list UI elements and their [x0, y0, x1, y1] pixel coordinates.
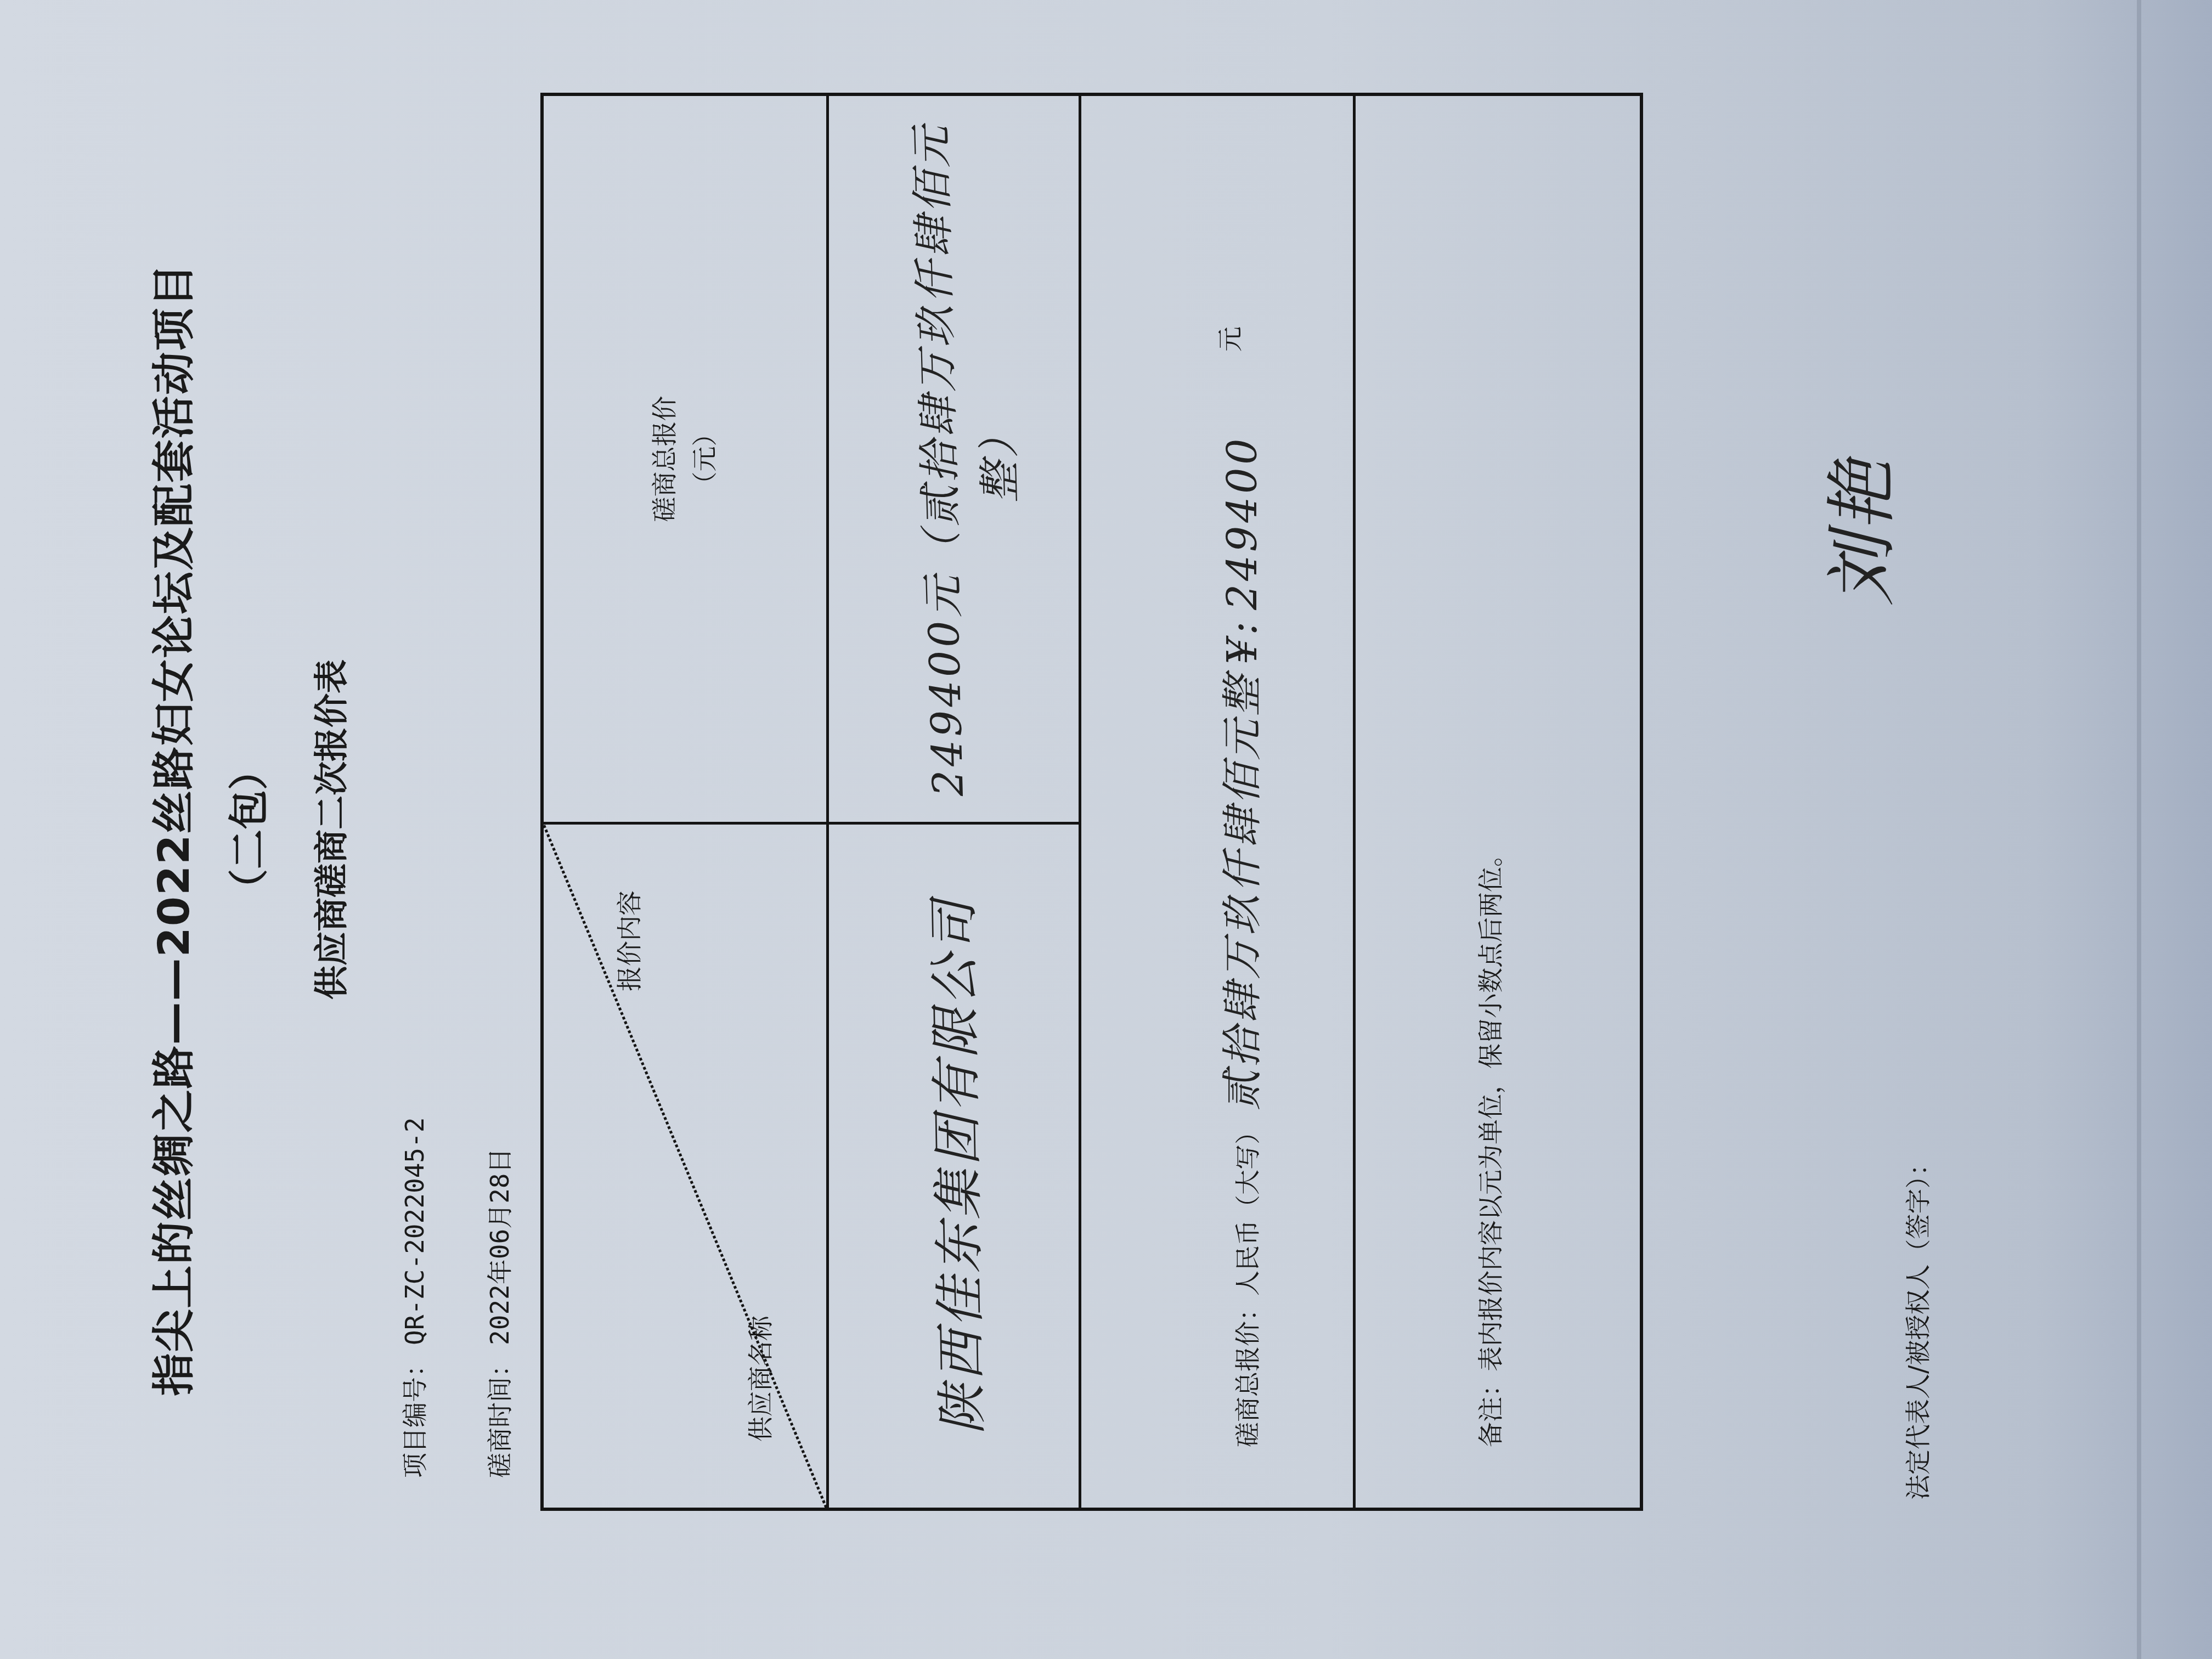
remark-line: 备注：表内报价内容以元为单位，保留小数点后两位。 — [1471, 842, 1507, 1447]
supplier-name-cell: 陕西佳东集团有限公司 — [829, 822, 1079, 1508]
remark-text: 表内报价内容以元为单位，保留小数点后两位。 — [1476, 842, 1505, 1372]
total-price-row: 磋商总报价：人民币（大写） 贰拾肆万玖仟肆佰元整 ¥: 249400 元 — [1081, 96, 1356, 1508]
price-handwritten: 249400元（贰拾肆万玖仟肆佰元整） — [897, 116, 1034, 801]
remark-label: 备注： — [1476, 1372, 1505, 1447]
header-total-price-cell: 磋商总报价 （元） — [544, 96, 826, 822]
signature-handwritten: 刘艳 — [1805, 456, 1908, 606]
header-total-price-label: 磋商总报价 — [645, 96, 685, 822]
total-amount-number: 249400 — [1219, 436, 1266, 611]
header-quote-content: 报价内容 — [610, 890, 646, 991]
document-title: 指尖上的丝绸之路——2022丝路妇女论坛及配套活动项目 — [140, 0, 201, 1659]
header-total-price-unit: （元） — [685, 96, 726, 822]
total-amount-unit: 元 — [1210, 326, 1246, 352]
remark-row: 备注：表内报价内容以元为单位，保留小数点后两位。 — [1356, 96, 1641, 1508]
quotation-document-page: 指尖上的丝绸之路——2022丝路妇女论坛及配套活动项目 （二包） 供应商磋商二次… — [0, 0, 2212, 1659]
total-price-label: 磋商总报价：人民币（大写） — [1233, 1119, 1262, 1447]
negotiation-date-line: 磋商时间：2022年06月28日 — [480, 1148, 516, 1478]
diagonal-divider-line — [544, 825, 826, 1508]
document-subtitle: 供应商磋商二次报价表 — [304, 0, 353, 1659]
project-number-value: QR-ZC-2022045-2 — [400, 1118, 430, 1345]
total-price-line: 磋商总报价：人民币（大写） 贰拾肆万玖仟肆佰元整 ¥: 249400 — [1210, 436, 1268, 1447]
table-header-row: 报价内容 供应商名称 磋商总报价 （元） — [544, 96, 829, 1508]
project-number-label: 项目编号： — [395, 1352, 431, 1478]
total-amount-symbol: ¥: — [1219, 618, 1266, 664]
document-title-package: （二包） — [217, 0, 274, 1659]
quotation-table: 报价内容 供应商名称 磋商总报价 （元） 陕西佳东集团有限公司 249400元（… — [540, 93, 1643, 1511]
paper-edge-shadow — [2137, 0, 2141, 1659]
negotiation-date-label: 磋商时间： — [480, 1352, 516, 1478]
table-row: 陕西佳东集团有限公司 249400元（贰拾肆万玖仟肆佰元整） — [829, 96, 1081, 1508]
total-amount-words-handwritten: 贰拾肆万玖仟肆佰元整 — [1219, 672, 1266, 1111]
diagonal-header-cell: 报价内容 供应商名称 — [544, 822, 826, 1508]
header-supplier-name: 供应商名称 — [741, 1316, 777, 1442]
project-number-line: 项目编号：QR-ZC-2022045-2 — [395, 1118, 431, 1478]
price-cell: 249400元（贰拾肆万玖仟肆佰元整） — [829, 96, 1079, 822]
negotiation-date-value: 2022年06月28日 — [480, 1148, 516, 1345]
supplier-name-handwritten: 陕西佳东集团有限公司 — [912, 824, 996, 1508]
signature-label: 法定代表人/被授权人（签字）： — [1898, 1151, 1934, 1500]
